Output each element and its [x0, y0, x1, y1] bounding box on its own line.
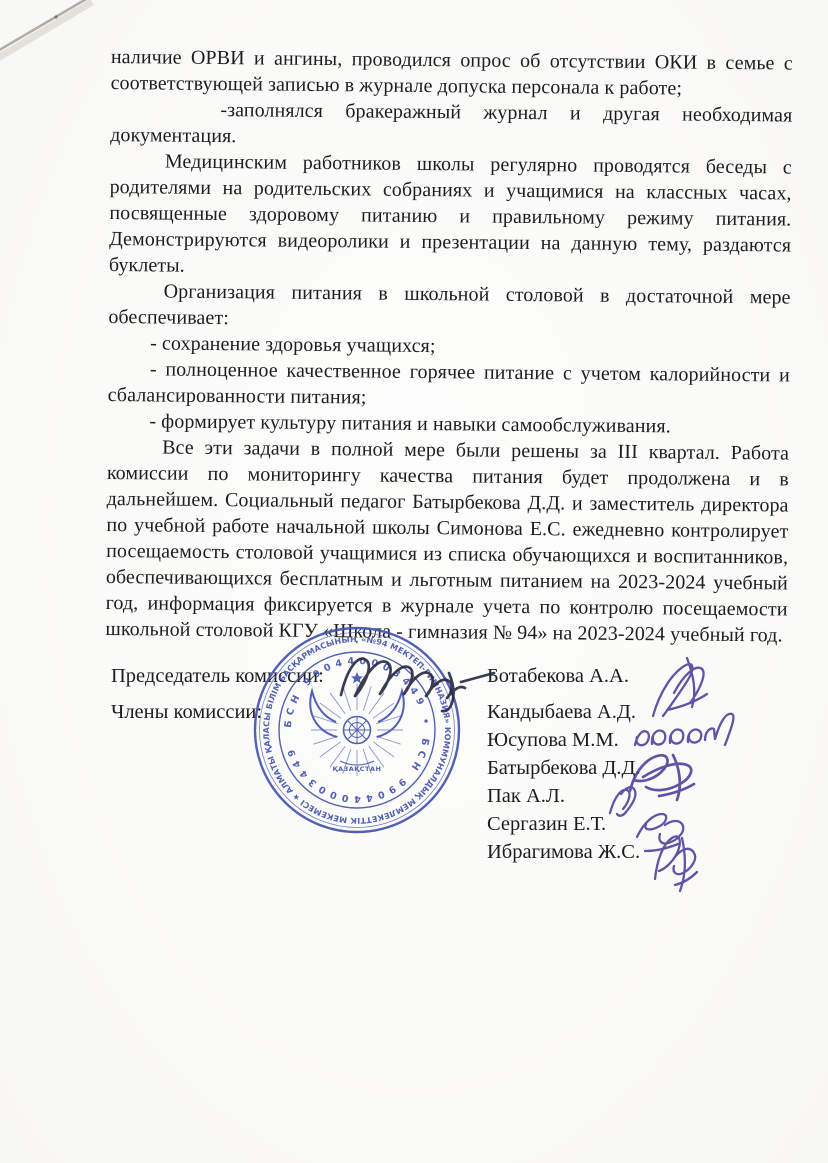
signature-sergazin [637, 814, 683, 851]
paragraph-8: Все эти задачи в полной мере были решены… [105, 434, 789, 649]
members-label: Члены комиссии: [111, 699, 262, 725]
member-name: Пак А.Л. [487, 783, 565, 809]
member-name: Юсупова М.М. [487, 727, 619, 753]
kazakhstan-emblem [310, 672, 403, 776]
member-name: Сергазин Е.Т. [487, 811, 606, 837]
paragraph-6: - полноценное качественное горячее питан… [108, 356, 790, 415]
signature-yusupova [635, 714, 733, 745]
official-stamp: АЛМАТЫ ҚАЛАСЫ БІЛІМ БАСҚАРМАСЫНЫҢ «№94 М… [252, 625, 462, 835]
emblem-star [351, 672, 363, 683]
paragraph-3: Медицинским работников школы регулярно п… [109, 148, 792, 285]
member-name: Батырбекова Д.Д. [487, 755, 641, 781]
stamp-center-label: ҚАЗАҚСТАН [333, 765, 382, 773]
member-name: Ибрагимова Ж.С. [487, 839, 640, 865]
body-text: наличие ОРВИ и ангины, проводился опрос … [105, 44, 793, 649]
paragraph-2: -заполнялся бракеражный журнал и другая … [110, 96, 792, 155]
signature-pak [610, 787, 635, 816]
member-name: Кандыбаева А.Д. [487, 699, 636, 725]
chairman-name: Ботабекова А.А. [487, 663, 629, 689]
paragraph-4: Организация питания в школьной столовой … [108, 278, 790, 337]
paragraph-1: наличие ОРВИ и ангины, проводился опрос … [111, 44, 793, 103]
signature-kandybaeva [653, 658, 707, 716]
signature-ibragimova [655, 836, 697, 891]
